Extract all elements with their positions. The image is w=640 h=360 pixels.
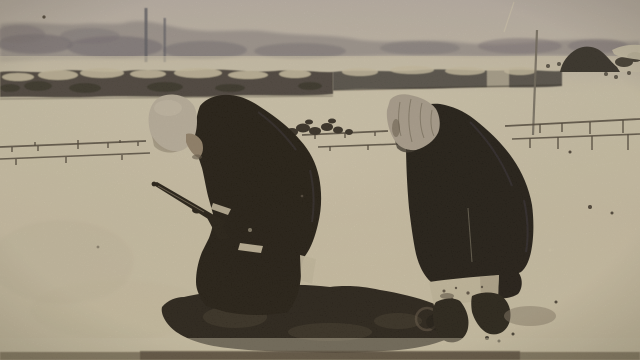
historical-photo (0, 0, 640, 360)
photo-canvas (0, 0, 640, 360)
film-grain-light (0, 0, 640, 360)
